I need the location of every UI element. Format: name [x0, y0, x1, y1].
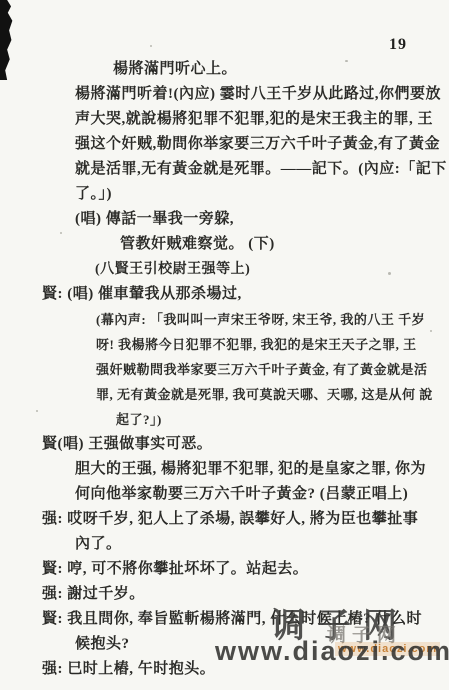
text-line: 賢: (唱) 催車輦我从那杀場过,	[0, 282, 449, 307]
text-line: 候抱头?	[0, 632, 449, 657]
text-line: 强: 巳时上樁, 午时抱头。	[0, 657, 449, 682]
text-line: 罪, 无有黃金就是死罪, 我可莫說天哪、天哪, 这是从何 說	[0, 382, 449, 407]
text-line: 强: 謝过千岁。	[0, 582, 449, 607]
text-line: 楊將滿門听着!(內应) 霎时八王千岁从此路过,你們要放	[0, 82, 449, 107]
text-line: (幕內声: 「我叫叫一声宋王爷呀, 宋王爷, 我的八王 千岁	[0, 307, 449, 332]
text-line: 就是活罪,无有黃金就是死罪。——記下。(內应:「記下	[0, 157, 449, 182]
text-line: 胆大的王强, 楊將犯罪不犯罪, 犯的是皇家之罪, 你为	[0, 457, 449, 482]
text-line: 强: 哎呀千岁, 犯人上了杀場, 誤攀好人, 將为臣也攀扯事	[0, 507, 449, 532]
scanned-script-page: 19 楊將滿門听心上。楊將滿門听着!(內应) 霎时八王千岁从此路过,你們要放声大…	[0, 0, 449, 690]
text-line: (八賢王引校尉王强等上)	[0, 257, 449, 282]
text-line: 內了。	[0, 532, 449, 557]
text-line: 强奸贼勒問我举家要三万六千叶子黃金, 有了黃金就是活	[0, 357, 449, 382]
text-line: 楊將滿門听心上。	[0, 57, 449, 82]
text-line: 声大哭,就說楊將犯罪不犯罪,犯的是宋王我主的罪, 王	[0, 107, 449, 132]
page-text: 楊將滿門听心上。楊將滿門听着!(內应) 霎时八王千岁从此路过,你們要放声大哭,就…	[0, 57, 449, 682]
text-line: 管教奸贼难察觉。 (下)	[0, 232, 449, 257]
page-number: 19	[389, 36, 407, 54]
text-line: 起了?」)	[0, 407, 449, 432]
text-line: 了。」)	[0, 182, 449, 207]
text-line: 賢: 哼, 可不將你攀扯坏坏了。站起去。	[0, 557, 449, 582]
text-line: (唱) 傳話一畢我一旁躱,	[0, 207, 449, 232]
text-line: 何向他举家勒要三万六千叶子黃金? (吕蒙正唱上)	[0, 482, 449, 507]
scan-speck	[150, 45, 152, 47]
text-line: 賢: 我且問你, 奉旨監斬楊將滿門, 什么时候上樁? 什么时	[0, 607, 449, 632]
text-line: 强这个奸贼,勒問你举家要三万六千叶子黃金,有了黃金	[0, 132, 449, 157]
text-line: 呀! 我楊將今日犯罪不犯罪, 我犯的是宋王天子之罪, 王	[0, 332, 449, 357]
text-line: 賢(唱) 王强做事实可恶。	[0, 432, 449, 457]
